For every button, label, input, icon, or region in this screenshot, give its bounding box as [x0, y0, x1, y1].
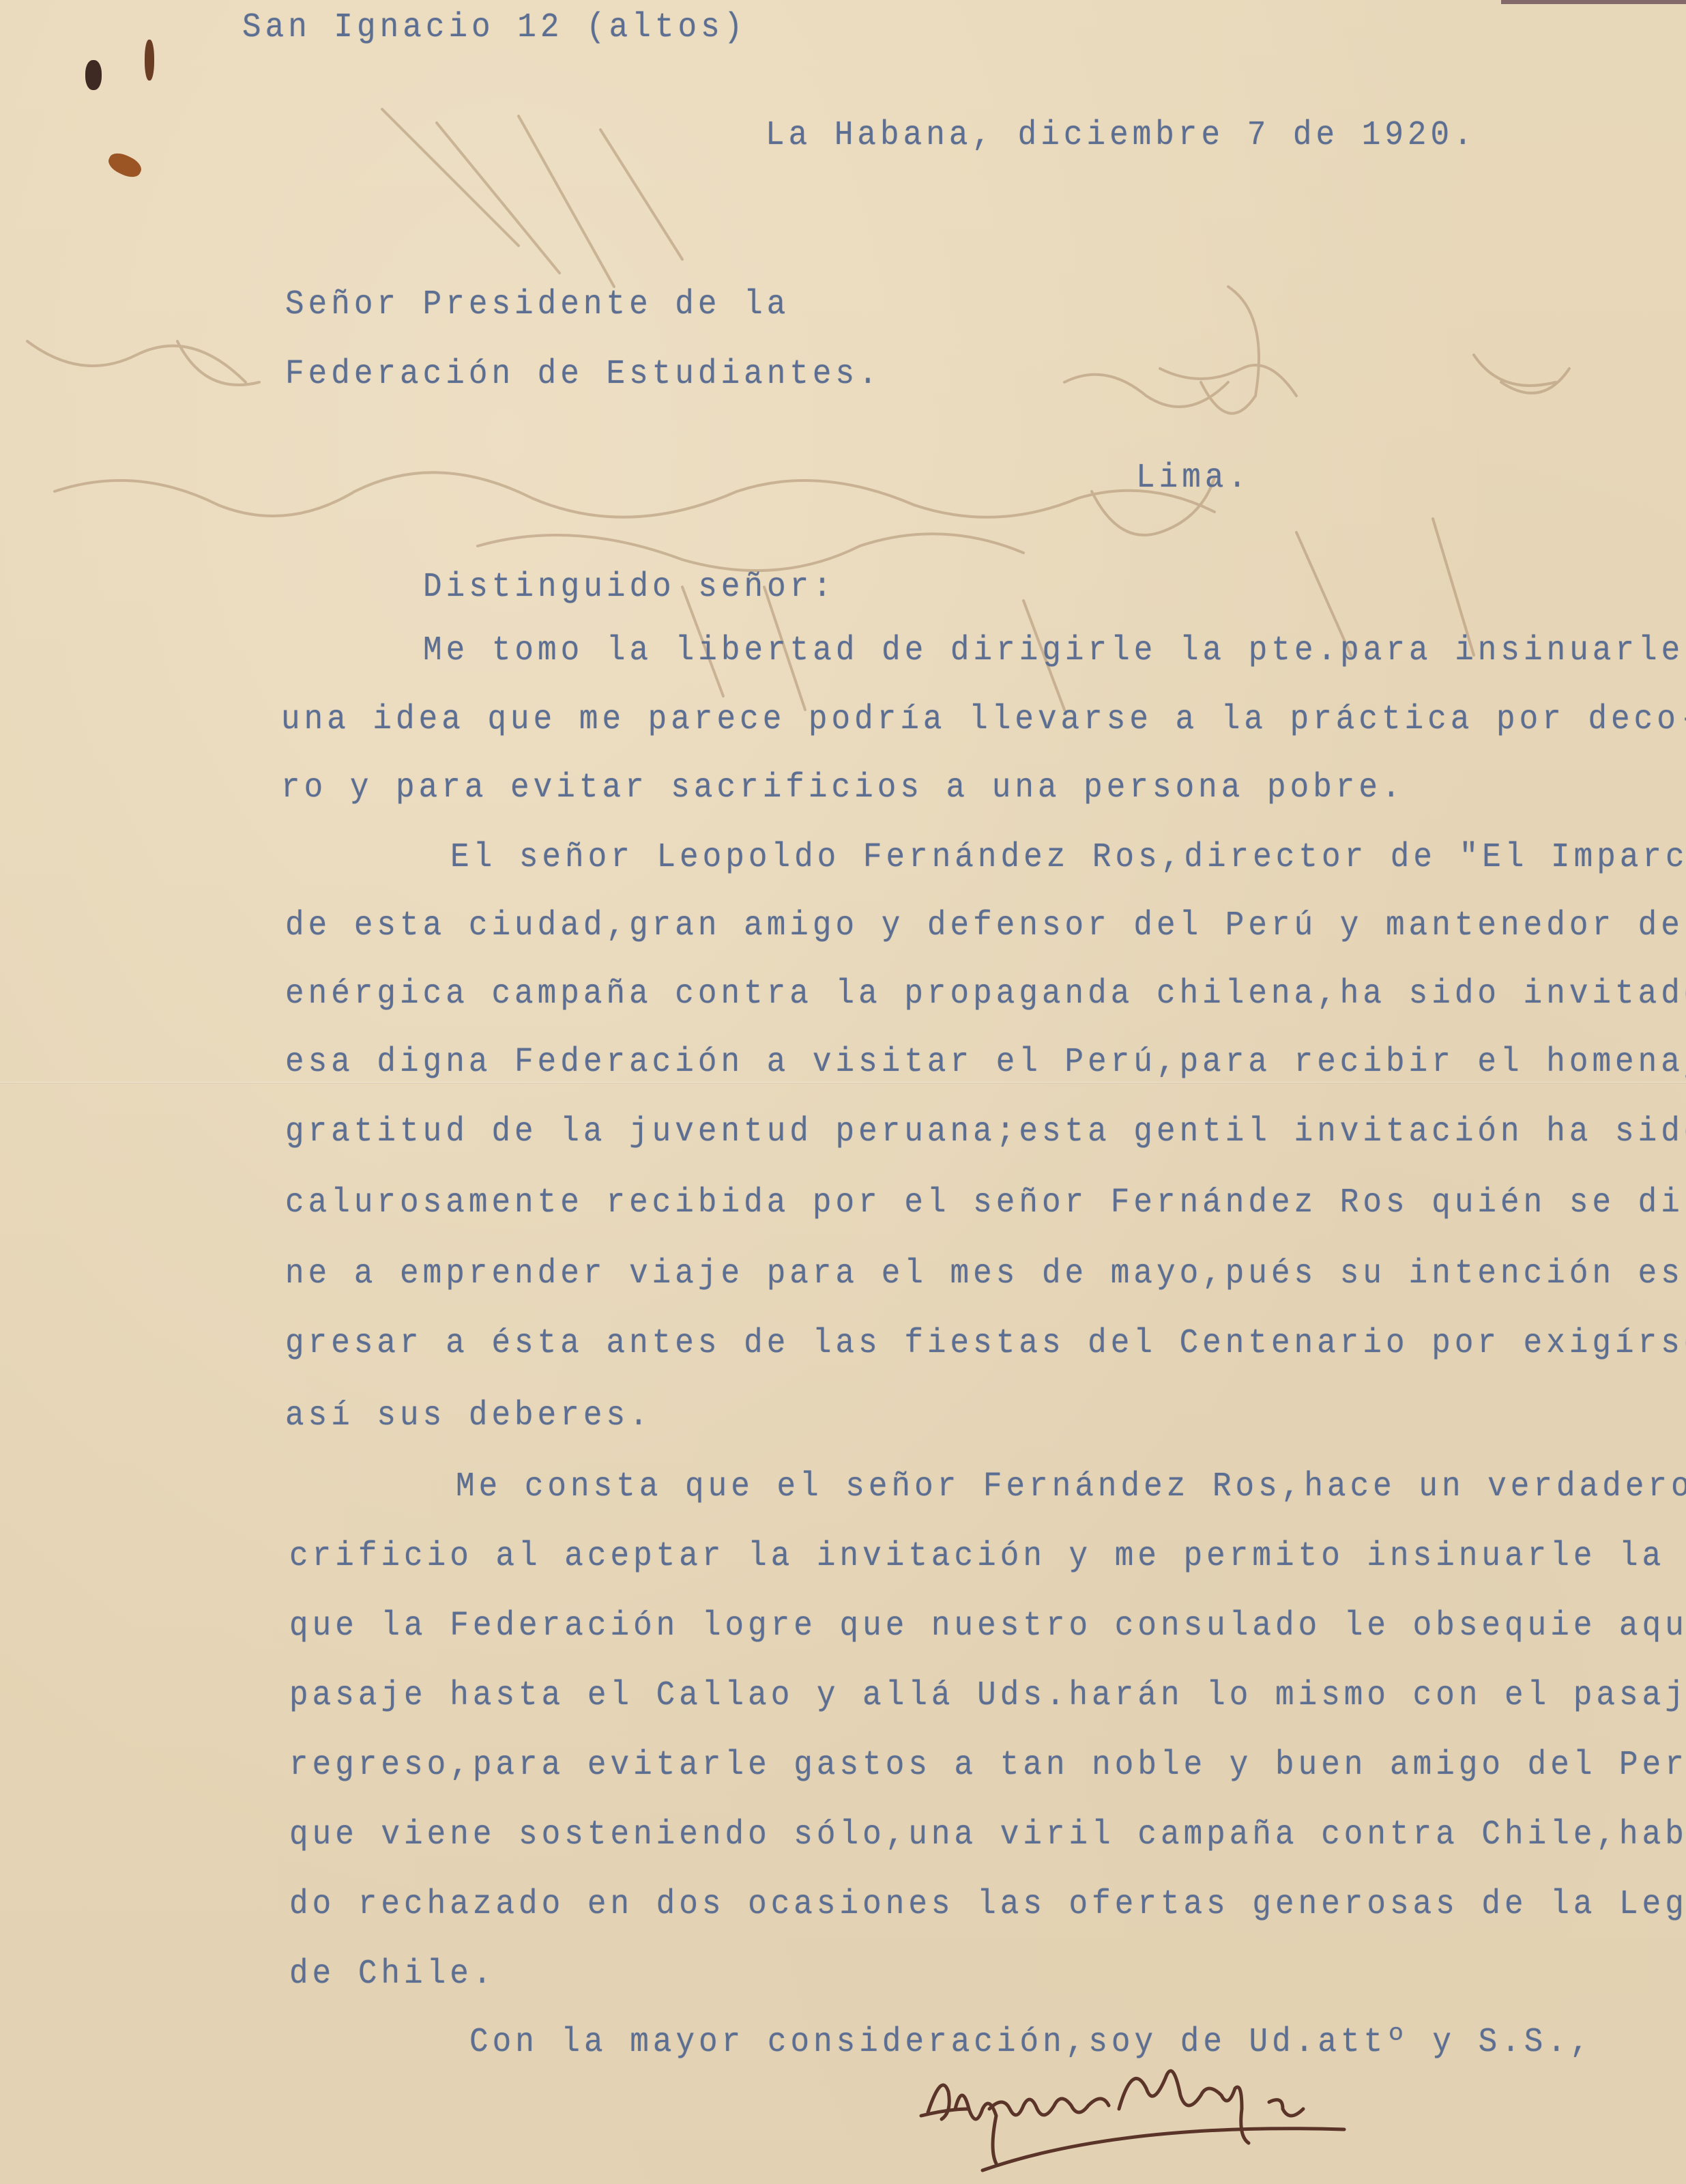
paragraph-2-line: de esta ciudad,gran amigo y defensor del… — [285, 906, 1686, 945]
paragraph-2-line: enérgica campaña contra la propaganda ch… — [285, 975, 1686, 1013]
paragraph-1-line: ro y para evitar sacrificios a una perso… — [281, 768, 1405, 807]
closing-line: Con la mayor consideración,soy de Ud.att… — [469, 2023, 1593, 2061]
paragraph-3-line: pasaje hasta el Callao y allá Uds.harán … — [289, 1676, 1686, 1714]
paper-fold — [0, 1082, 1686, 1084]
paragraph-2-line: ne a emprender viaje para el mes de mayo… — [285, 1254, 1686, 1293]
paragraph-2-line: esa digna Federación a visitar el Perú,p… — [285, 1043, 1686, 1081]
paragraph-3-line: que la Federación logre que nuestro cons… — [289, 1607, 1686, 1645]
top-edge-mark — [1501, 0, 1686, 4]
paragraph-2-line: El señor Leopoldo Fernández Ros,director… — [450, 838, 1686, 876]
paragraph-2-line: calurosamente recibida por el señor Fern… — [285, 1183, 1686, 1222]
paragraph-2-line: gratitud de la juventud peruana;esta gen… — [285, 1112, 1686, 1151]
paragraph-3-line: que viene sosteniendo sólo,una viril cam… — [289, 1815, 1686, 1854]
paragraph-1-line: Me tomo la libertad de dirigirle la pte.… — [423, 631, 1684, 670]
paragraph-2-line: gresar a ésta antes de las fiestas del C… — [285, 1324, 1686, 1362]
paragraph-2-line: así sus deberes. — [285, 1396, 652, 1435]
salutation: Distinguido señor: — [423, 568, 836, 606]
recipient-title: Señor Presidente de la — [285, 285, 789, 324]
paragraph-3-line: regreso,para evitarle gastos a tan noble… — [289, 1746, 1686, 1784]
paragraph-3-line: do rechazado en dos ocasiones las oferta… — [289, 1885, 1686, 1923]
ink-stain — [145, 40, 154, 81]
ink-stain — [85, 60, 102, 90]
paragraph-3-line: de Chile. — [289, 1955, 495, 1993]
paragraph-3-line: crificio al aceptar la invitación y me p… — [289, 1537, 1686, 1575]
recipient-city: Lima. — [1136, 459, 1251, 497]
handwritten-signature: Alejandro Mayza — [887, 2061, 1419, 2184]
recipient-organization: Federación de Estudiantes. — [285, 355, 882, 393]
paragraph-1-line: una idea que me parece podría llevarse a… — [281, 700, 1686, 738]
paper-background — [0, 0, 1686, 2184]
sender-address: San Ignacio 12 (altos) — [242, 8, 746, 46]
paragraph-3-line: Me consta que el señor Fernández Ros,hac… — [456, 1467, 1686, 1506]
place-and-date: La Habana, diciembre 7 de 1920. — [766, 116, 1477, 154]
